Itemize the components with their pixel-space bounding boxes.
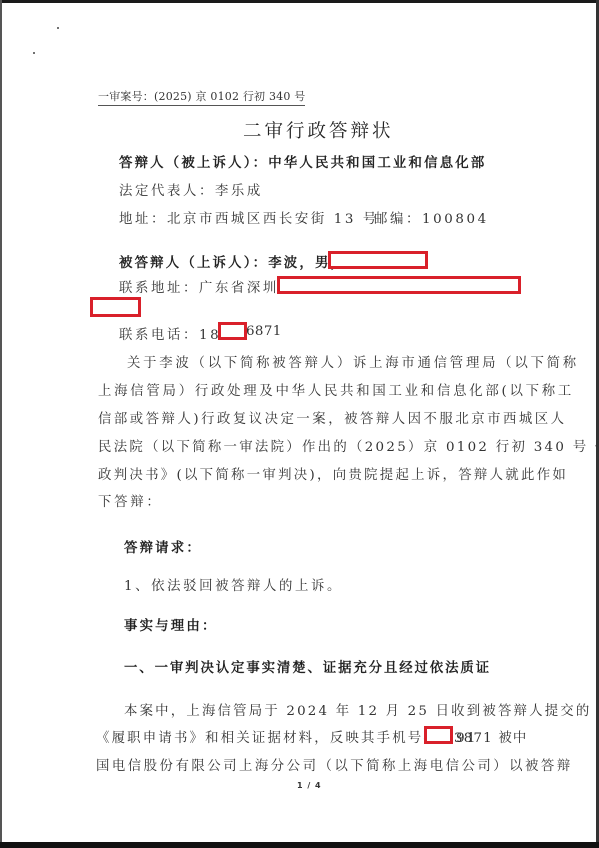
case-number: 一审案号：(2025) 京 0102 行初 340 号 [98,88,305,106]
body-line: 《履职申请书》和相关证据材料，反映其手机号码 191 [96,727,478,746]
appellant-line: 被答辩人（上诉人）：李波，男， [119,252,346,271]
request-heading: 答辩请求： [124,537,202,556]
body-line: 本案中，上海信管局于 2024 年 12 月 25 日收到被答辩人提交的 [124,700,592,719]
section-one-heading: 一、一审判决认定事实清楚、证据充分且经过依法质证 [124,657,491,676]
respondent-line: 答辩人（被上诉人）：中华人民共和国工业和信息化部 [119,152,486,171]
legal-representative: 法定代表人：李乐成 [119,180,263,199]
redaction-box [424,726,453,744]
scan-border-bottom [0,842,599,848]
document-title: 二审行政答辩状 [243,117,394,143]
respondent-address: 地址：北京市西城区西长安街 13 号 [119,208,379,227]
scan-speck [57,27,59,29]
page-number: 1 / 4 [297,781,322,790]
intro-line: 下答辩： [98,491,163,510]
intro-line: 上海信管局）行政处理及中华人民共和国工业和信息化部(以下称工 [98,380,574,399]
redaction-box [90,297,141,317]
appellant-phone-suffix: 6871 [246,324,282,339]
facts-heading: 事实与理由： [124,615,218,634]
intro-line: 民法院（以下简称一审法院）作出的（2025）京 0102 行初 340 号《行 [98,436,599,455]
redaction-box [277,276,521,294]
respondent-postcode: 邮编：100804 [374,208,489,227]
body-line: 3871 被中 [454,727,528,746]
body-line: 国电信股份有限公司上海分公司（以下简称上海电信公司）以被答辩 [96,755,573,774]
request-item: 1、依法驳回被答辩人的上诉。 [124,575,343,594]
intro-line: 关于李波（以下简称被答辩人）诉上海市通信管理局（以下简称 [127,352,579,371]
scan-border-left [0,0,2,848]
intro-line: 政判决书》(以下简称一审判决)，向贵院提起上诉，答辩人就此作如 [98,464,568,483]
scan-border-top [0,0,599,3]
appellant-address: 联系地址：广东省深圳市 [119,277,295,296]
appellant-phone-prefix: 联系电话：188 [119,324,232,343]
redaction-box [328,251,428,269]
intro-line: 信部或答辩人)行政复议决定一案，被答辩人因不服北京市西城区人 [98,408,567,427]
redaction-box [218,322,247,340]
scan-speck [33,52,35,54]
